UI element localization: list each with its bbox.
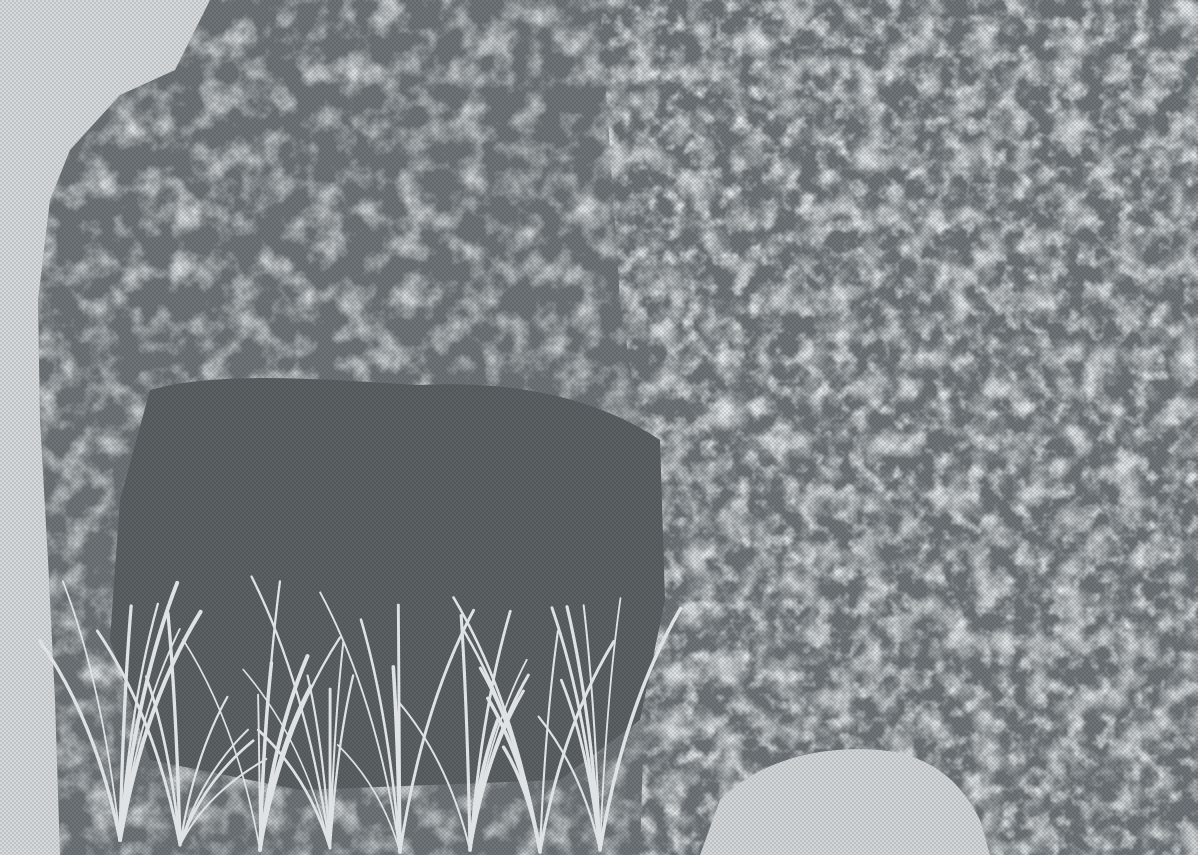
cave-scene — [0, 0, 1198, 855]
halftone-photo — [0, 0, 1198, 855]
